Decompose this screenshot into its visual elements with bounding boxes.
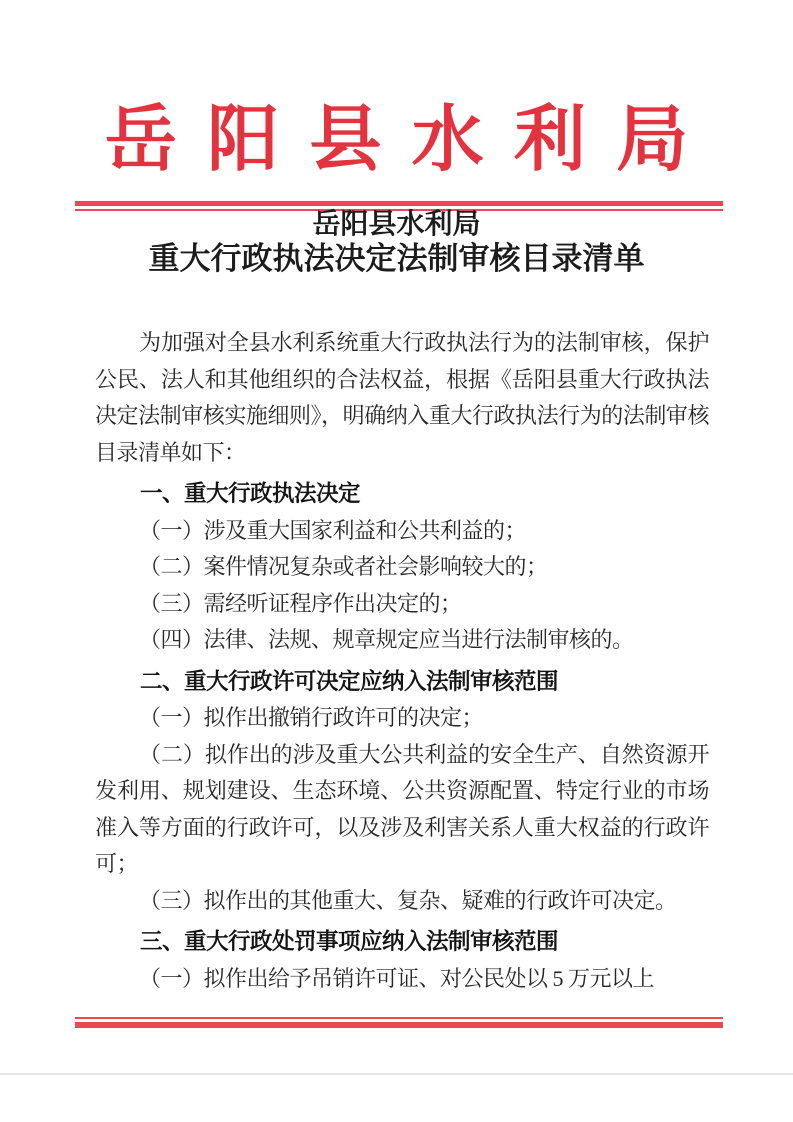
body-paragraph: （三）拟作出的其他重大、复杂、疑难的行政许可决定。 <box>95 883 709 920</box>
letterhead-title: 岳阳县水利局 <box>0 92 793 188</box>
document-page: 岳阳县水利局 岳阳县水利局 重大行政执法决定法制审核目录清单 为加强对全县水利系… <box>0 0 793 1122</box>
body-paragraph: 为加强对全县水利系统重大行政执法行为的法制审核，保护公民、法人和其他组织的合法权… <box>95 325 709 471</box>
footer-rule-thin <box>75 1017 723 1019</box>
body-paragraph: （二）拟作出的涉及重大公共利益的安全生产、自然资源开发利用、规划建设、生态环境、… <box>95 737 709 883</box>
footer-rule-thick <box>75 1022 723 1028</box>
section-heading: 二、重大行政许可决定应纳入法制审核范围 <box>95 664 709 701</box>
letterhead-rule-thick <box>75 201 723 206</box>
body-paragraph: （四）法律、法规、规章规定应当进行法制审核的。 <box>95 622 709 659</box>
document-title-line2: 重大行政执法决定法制审核目录清单 <box>0 239 793 279</box>
document-title-line1: 岳阳县水利局 <box>0 207 793 243</box>
body-paragraph: （二）案件情况复杂或者社会影响较大的； <box>95 549 709 586</box>
body-paragraph: （一）拟作出给予吊销许可证、对公民处以 5 万元以上 <box>95 961 709 998</box>
section-heading: 一、重大行政执法决定 <box>95 476 709 513</box>
body-paragraph: （三）需经听证程序作出决定的； <box>95 586 709 623</box>
section-heading: 三、重大行政处罚事项应纳入法制审核范围 <box>95 924 709 961</box>
scan-artifact-line <box>0 1073 793 1075</box>
document-body: 为加强对全县水利系统重大行政执法行为的法制审核，保护公民、法人和其他组织的合法权… <box>95 325 709 997</box>
body-paragraph: （一）拟作出撤销行政许可的决定； <box>95 700 709 737</box>
body-paragraph: （一）涉及重大国家利益和公共利益的； <box>95 513 709 550</box>
